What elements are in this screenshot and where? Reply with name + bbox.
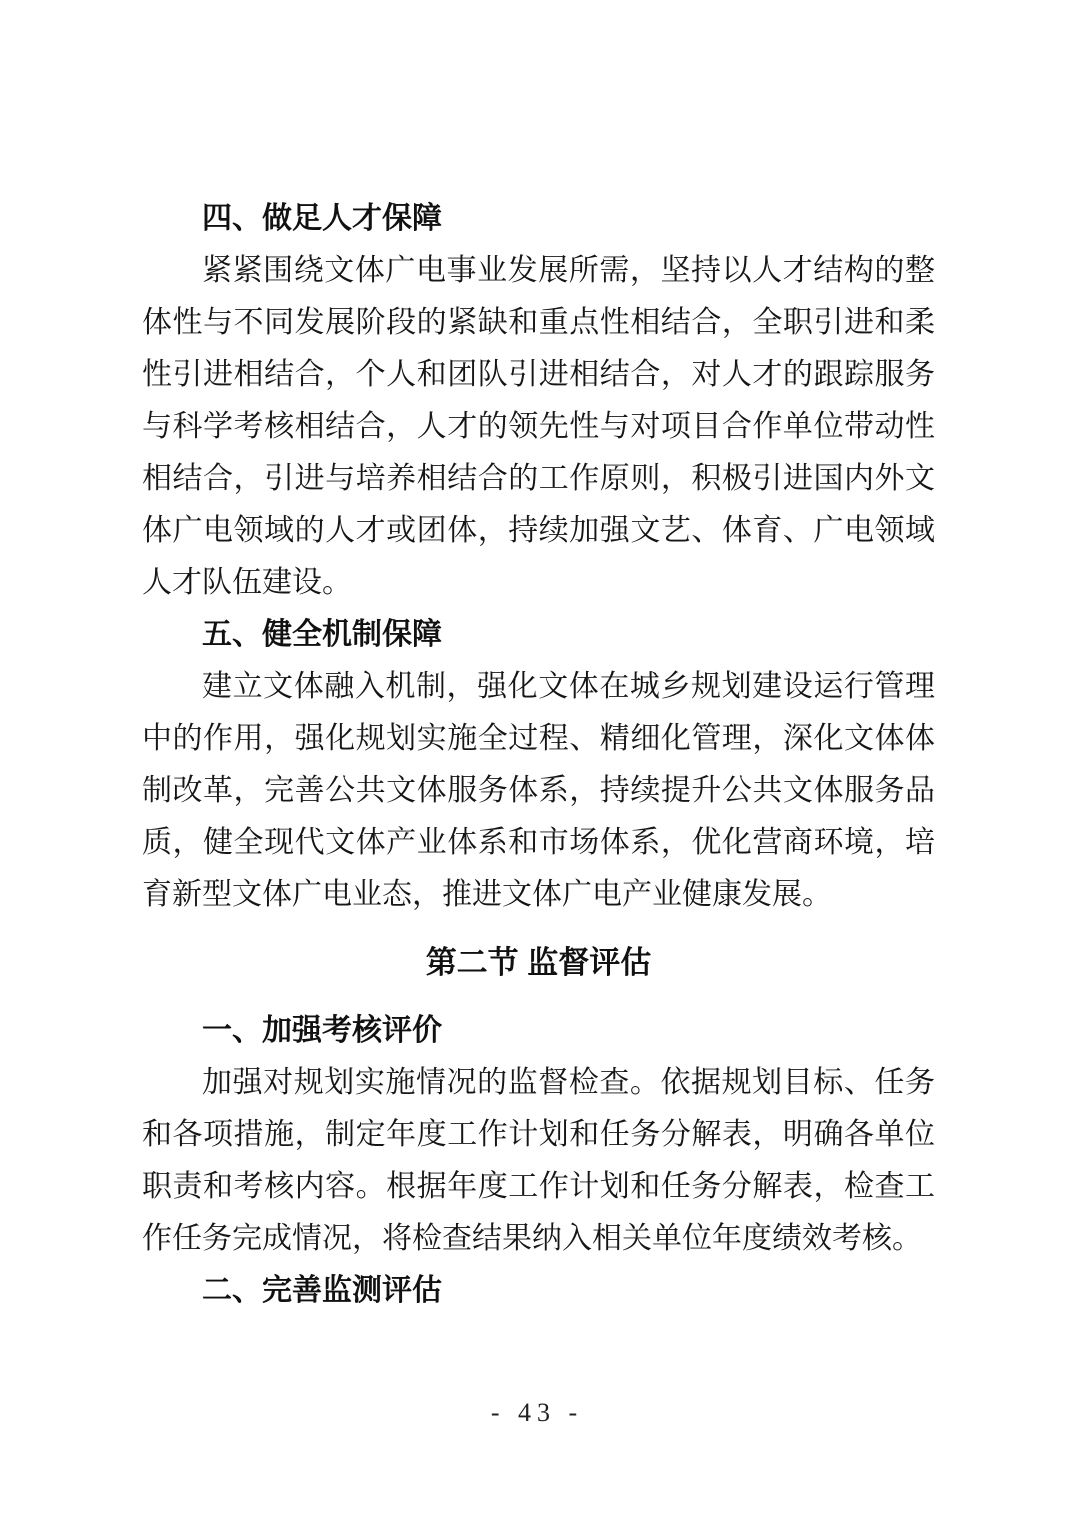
page-number: - 43 -: [491, 1398, 583, 1427]
heading-monitoring-evaluation: 二、完善监测评估: [142, 1265, 935, 1317]
section-title-supervision-evaluation: 第二节 监督评估: [142, 937, 935, 989]
paragraph-talent-support: 紧紧围绕文体广电事业发展所需，坚持以人才结构的整体性与不同发展阶段的紧缺和重点性…: [142, 245, 935, 609]
document-content: 四、做足人才保障 紧紧围绕文体广电事业发展所需，坚持以人才结构的整体性与不同发展…: [142, 193, 935, 1317]
document-page: 四、做足人才保障 紧紧围绕文体广电事业发展所需，坚持以人才结构的整体性与不同发展…: [0, 0, 1074, 1520]
paragraph-assessment-evaluation: 加强对规划实施情况的监督检查。依据规划目标、任务和各项措施，制定年度工作计划和任…: [142, 1057, 935, 1265]
heading-assessment-evaluation: 一、加强考核评价: [142, 1005, 935, 1057]
heading-mechanism-support: 五、健全机制保障: [142, 609, 935, 661]
heading-talent-support: 四、做足人才保障: [142, 193, 935, 245]
paragraph-mechanism-support: 建立文体融入机制，强化文体在城乡规划建设运行管理中的作用，强化规划实施全过程、精…: [142, 661, 935, 921]
page-footer: - 43 -: [0, 1398, 1074, 1428]
